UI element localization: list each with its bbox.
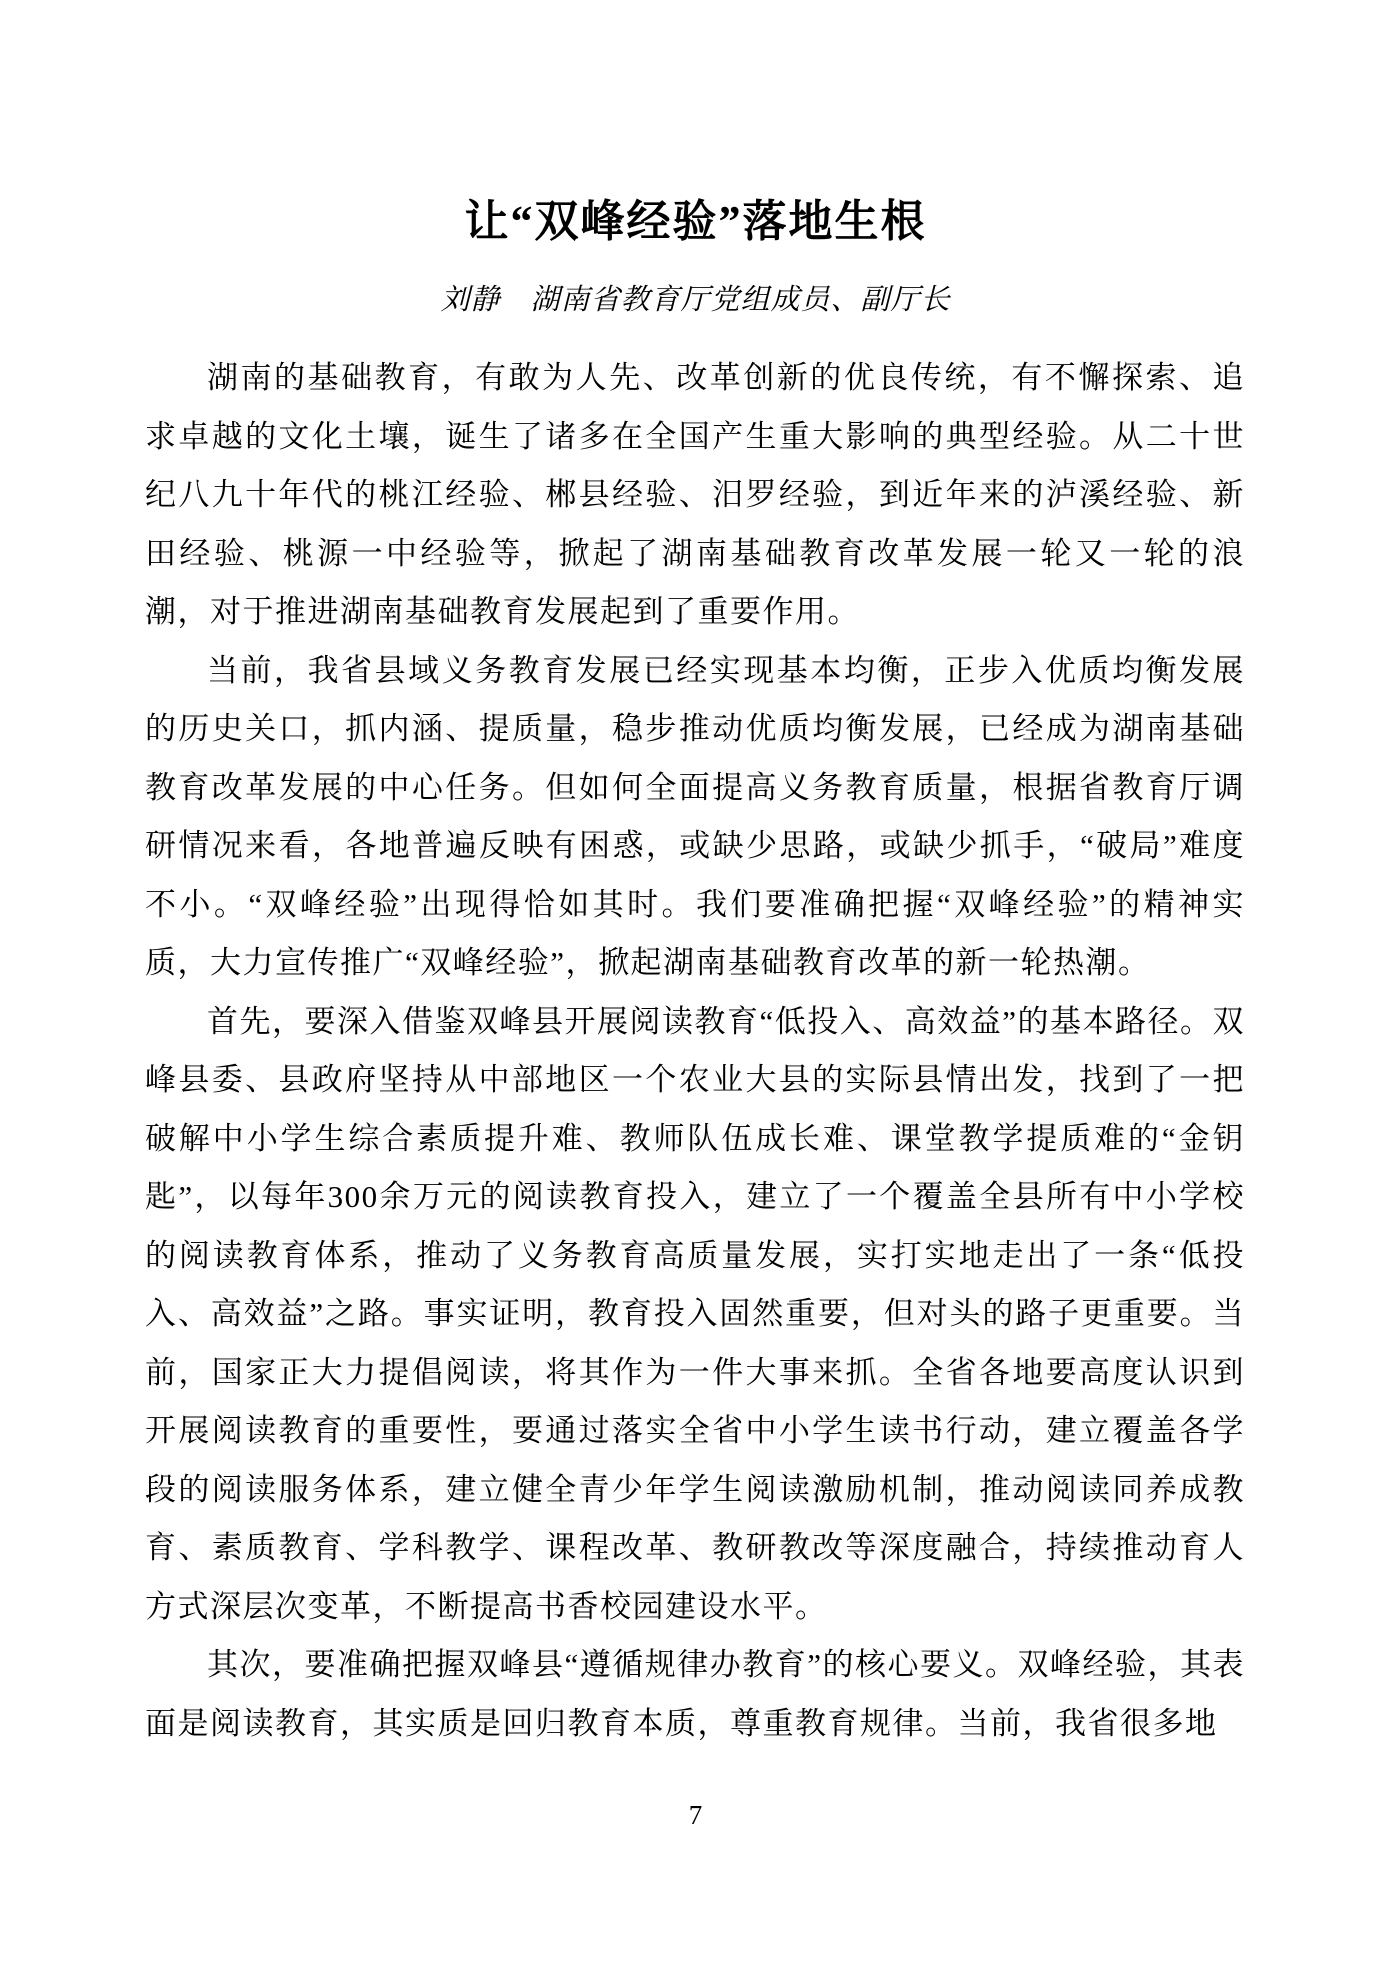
- document-byline: 刘静 湖南省教育厅党组成员、副厅长: [0, 282, 1391, 318]
- document-page: 让“双峰经验”落地生根 刘静 湖南省教育厅党组成员、副厅长 湖南的基础教育，有敢…: [0, 0, 1391, 1965]
- paragraph-2: 当前，我省县域义务教育发展已经实现基本均衡，正步入优质均衡发展的历史关口，抓内涵…: [145, 642, 1245, 993]
- paragraph-4: 其次，要准确把握双峰县“遵循规律办教育”的核心要义。双峰经验，其表面是阅读教育，…: [145, 1636, 1245, 1753]
- document-body: 湖南的基础教育，有敢为人先、改革创新的优良传统，有不懈探索、追求卓越的文化土壤，…: [145, 349, 1245, 1753]
- document-title: 让“双峰经验”落地生根: [0, 0, 1391, 251]
- paragraph-1: 湖南的基础教育，有敢为人先、改革创新的优良传统，有不懈探索、追求卓越的文化土壤，…: [145, 349, 1245, 642]
- page-number: 7: [0, 1798, 1391, 1832]
- paragraph-3: 首先，要深入借鉴双峰县开展阅读教育“低投入、高效益”的基本路径。双峰县委、县政府…: [145, 993, 1245, 1637]
